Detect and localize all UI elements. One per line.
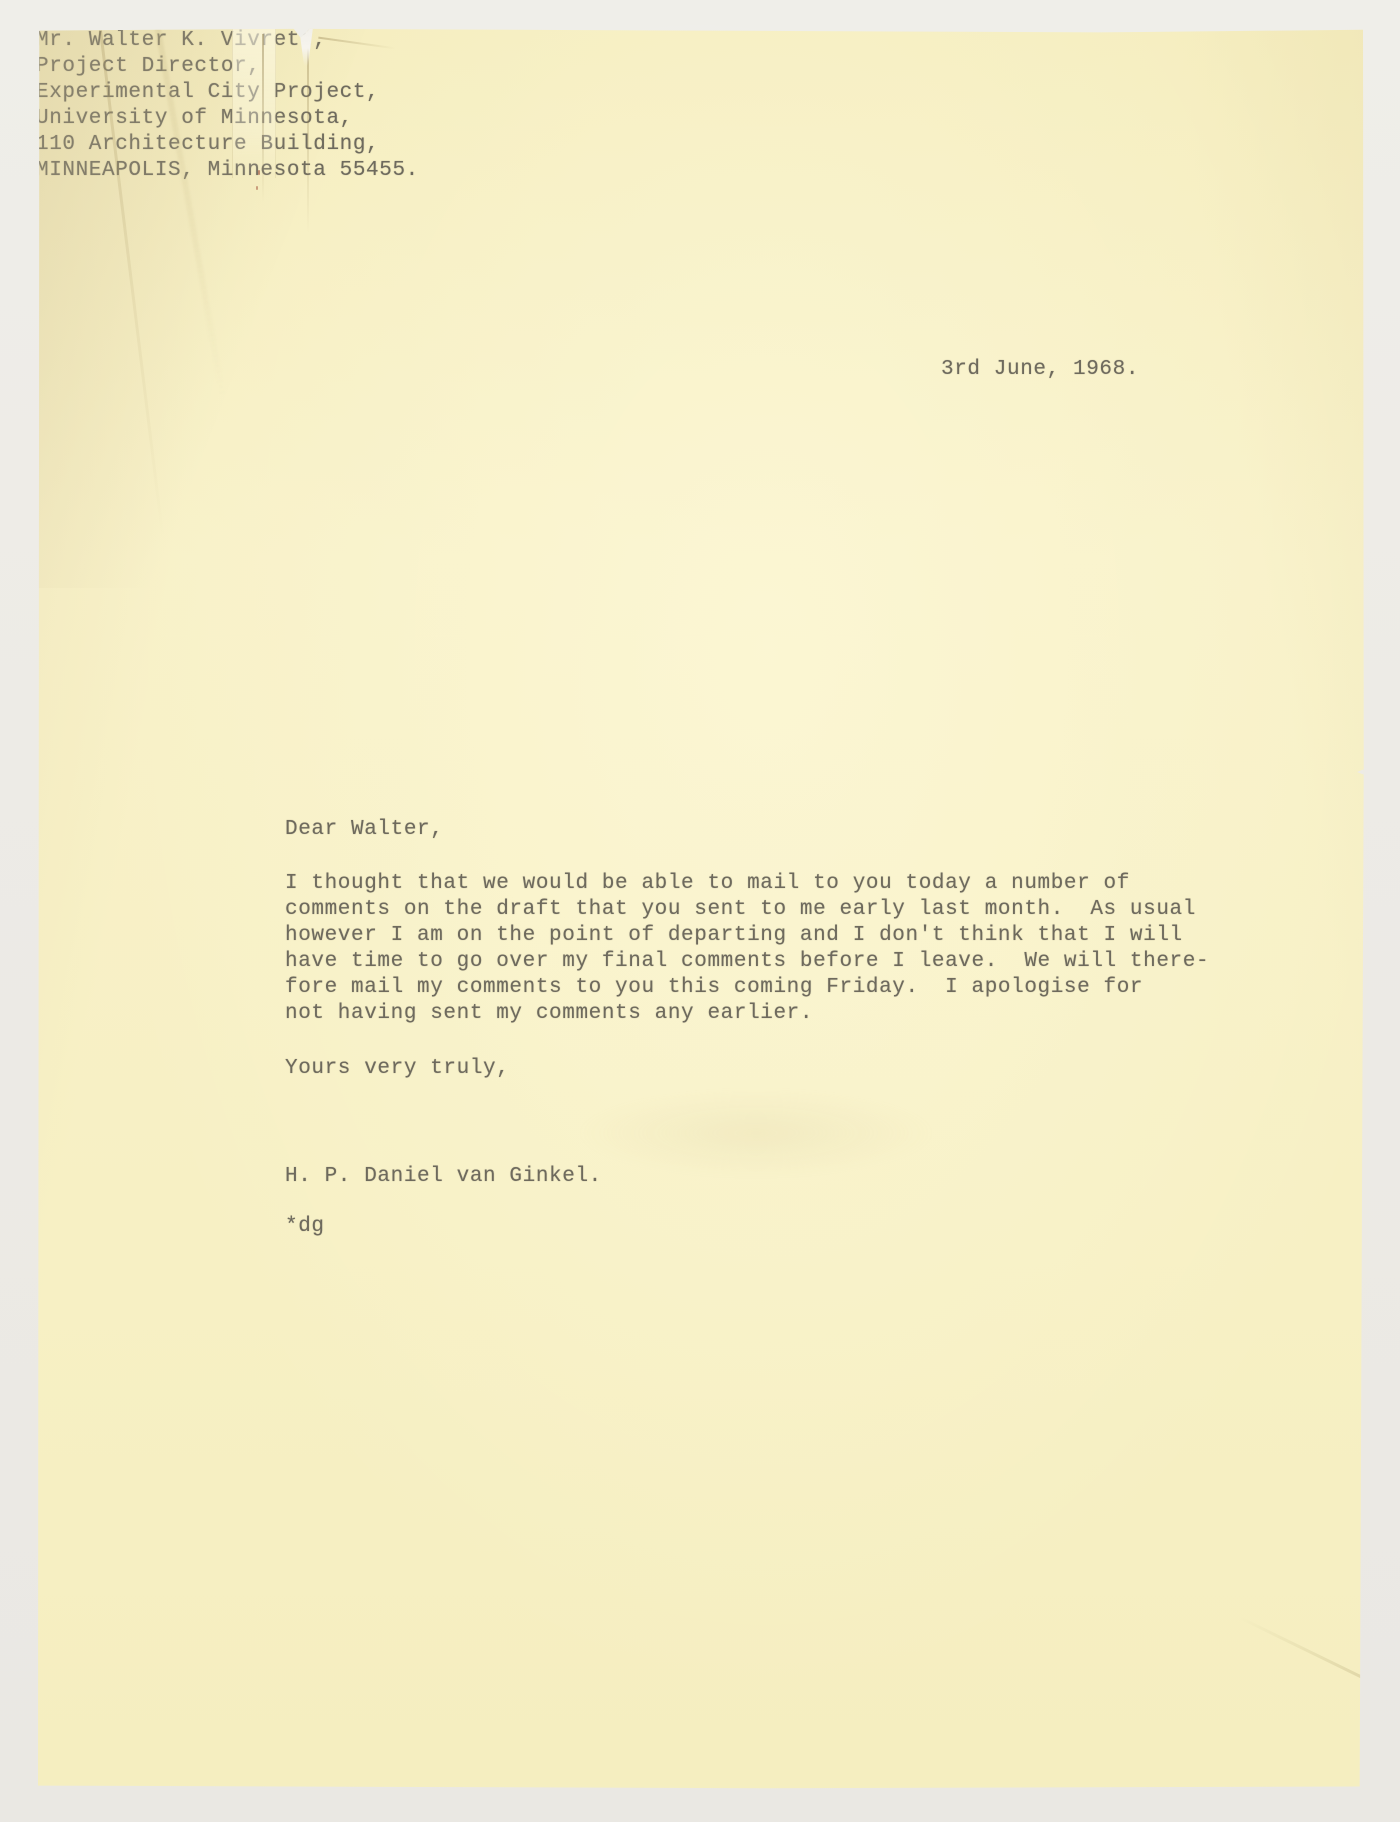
signature-name: H. P. Daniel van Ginkel. [285,1164,602,1190]
address-line: Mr. Walter K. Vivrett, [36,28,1365,54]
letter-date: 3rd June, 1968. [941,357,1139,383]
address-line: Experimental City Project, [36,80,1365,106]
body-line: have time to go over my final comments b… [285,949,1209,975]
fold-crease-bottom-right [1239,1616,1366,1680]
paper-smudge [576,1088,936,1178]
edge-nick-right [1357,768,1367,776]
address-line: 110 Architecture Building, [36,132,1365,158]
body-line: comments on the draft that you sent to m… [285,897,1209,923]
ink-speck [256,186,258,190]
body-paragraph: I thought that we would be able to mail … [285,871,1209,1027]
body-line: not having sent my comments any earlier. [285,1001,1209,1027]
letter-page: 3rd June, 1968. Mr. Walter K. Vivrett, P… [36,28,1365,1790]
body-line: however I am on the point of departing a… [285,923,1209,949]
address-line: Project Director, [36,54,1365,80]
scan-background: 3rd June, 1968. Mr. Walter K. Vivrett, P… [0,0,1400,1822]
closing-line: Yours very truly, [285,1056,509,1082]
typist-initials: *dg [285,1214,325,1240]
body-line: I thought that we would be able to mail … [285,871,1209,897]
salutation: Dear Walter, [285,817,443,843]
address-line: MINNEAPOLIS, Minnesota 55455. [36,158,1365,184]
address-line: University of Minnesota, [36,106,1365,132]
body-line: fore mail my comments to you this coming… [285,975,1209,1001]
recipient-address-block: Mr. Walter K. Vivrett, Project Director,… [36,28,1365,184]
